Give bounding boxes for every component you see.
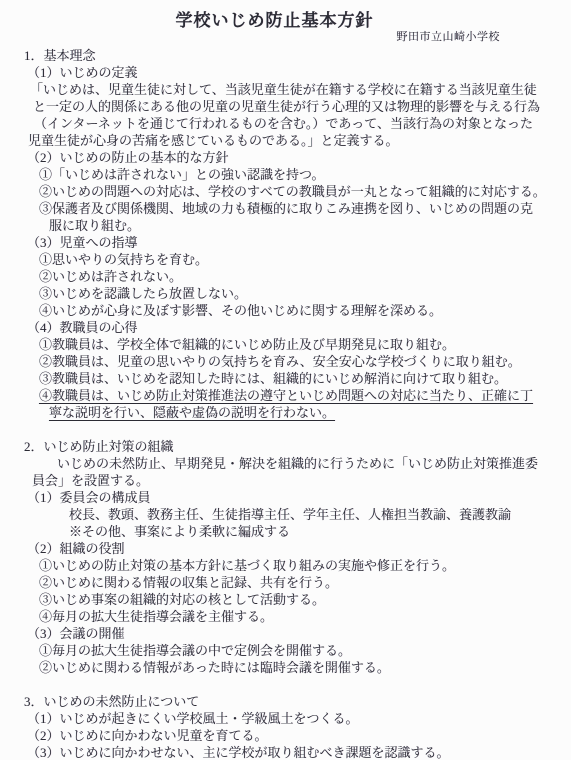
doc-blank-line [0,421,571,438]
doc-line: （3）児童への指導 [0,234,571,251]
doc-line: ②教職員は、児童の思いやりの気持ちを育み、安全安心な学校づくりに取り組む。 [0,353,571,370]
doc-line: ②いじめに関わる情報があった時には臨時会議を開催する。 [0,659,571,676]
doc-line: ①教職員は、学校全体で組織的にいじめ防止及び早期発見に取り組む。 [0,336,571,353]
doc-line: ③いじめ事案の組織的対応の核として活動する。 [0,591,571,608]
doc-blank-line [0,676,571,693]
doc-line: （1）いじめが起きにくい学校風土・学級風土をつくる。 [0,710,571,727]
doc-line: ①思いやりの気持ちを育む。 [0,251,571,268]
doc-line: 服に取り組む。 [0,217,571,234]
doc-line: ②いじめに関わる情報の収集と記録、共有を行う。 [0,574,571,591]
doc-line: （インターネットを通じて行われるものを含む。）であって、当該行為の対象となった [0,115,571,132]
doc-line: 「いじめは、児童生徒に対して、当該児童生徒が在籍する学校に在籍する当該児童生徒 [0,81,571,98]
doc-line: （2）いじめの防止の基本的な方針 [0,149,571,166]
doc-line: （4）教職員の心得 [0,319,571,336]
doc-line: 3．いじめの未然防止について [0,693,571,710]
doc-line: 校長、教頭、教務主任、生徒指導主任、学年主任、人権担当教諭、養護教諭 [0,506,571,523]
doc-line: ②いじめの問題への対応は、学校のすべての教職員が一丸となって組織的に対応する。 [0,183,571,200]
doc-line: （3）いじめに向かわせない、主に学校が取り組むべき課題を認識する。 [0,744,571,760]
doc-line: （3）会議の開催 [0,625,571,642]
doc-line: ②いじめは許されない。 [0,268,571,285]
doc-line: （1）いじめの定義 [0,64,571,81]
doc-line: （1）委員会の構成員 [0,489,571,506]
doc-line: ④毎月の拡大生徒指導会議を主催する。 [0,608,571,625]
doc-line: （2）いじめに向かわない児童を育てる。 [0,727,571,744]
doc-line: （2）組織の役割 [0,540,571,557]
doc-line: ④いじめが心身に及ぼす影響、その他いじめに関する理解を深める。 [0,302,571,319]
doc-line: ③教職員は、いじめを認知した時には、組織的にいじめ解消に向けて取り組む。 [0,370,571,387]
doc-line: ③保護者及び関係機関、地域の力も積極的に取りこみ連携を図り、いじめの問題の克 [0,200,571,217]
doc-line: 2．いじめ防止対策の組織 [0,438,571,455]
doc-line: ※その他、事案により柔軟に編成する [0,523,571,540]
doc-line: ③いじめを認識したら放置しない。 [0,285,571,302]
doc-line: 員会」を設置する。 [0,472,571,489]
doc-line: ①毎月の拡大生徒指導会議の中で定例会を開催する。 [0,642,571,659]
doc-line: 児童生徒が心身の苦痛を感じているものである。」と定義する。 [0,132,571,149]
doc-line: ①「いじめは許されない」との強い認識を持つ。 [0,166,571,183]
doc-line: ①いじめの防止対策の基本方針に基づく取り組みの実施や修正を行う。 [0,557,571,574]
doc-line: ④教職員は、いじめ防止対策推進法の遵守といじめ問題への対応に当たり、正確に丁 [0,387,571,404]
school-name: 野田市立山崎小学校 [397,28,501,44]
document-body: 1．基本理念（1）いじめの定義「いじめは、児童生徒に対して、当該児童生徒が在籍す… [0,47,571,760]
doc-line: と一定の人的関係にある他の児童の児童生徒が行う心理的又は物理的影響を与える行為 [0,98,571,115]
doc-line: 1．基本理念 [0,47,571,64]
document-page: 学校いじめ防止基本方針 野田市立山崎小学校 1．基本理念（1）いじめの定義「いじ… [0,0,571,760]
doc-line: 寧な説明を行い、隠蔽や虚偽の説明を行わない。 [0,404,571,421]
doc-line: いじめの未然防止、早期発見・解決を組織的に行うために「いじめ防止対策推進委 [0,455,571,472]
